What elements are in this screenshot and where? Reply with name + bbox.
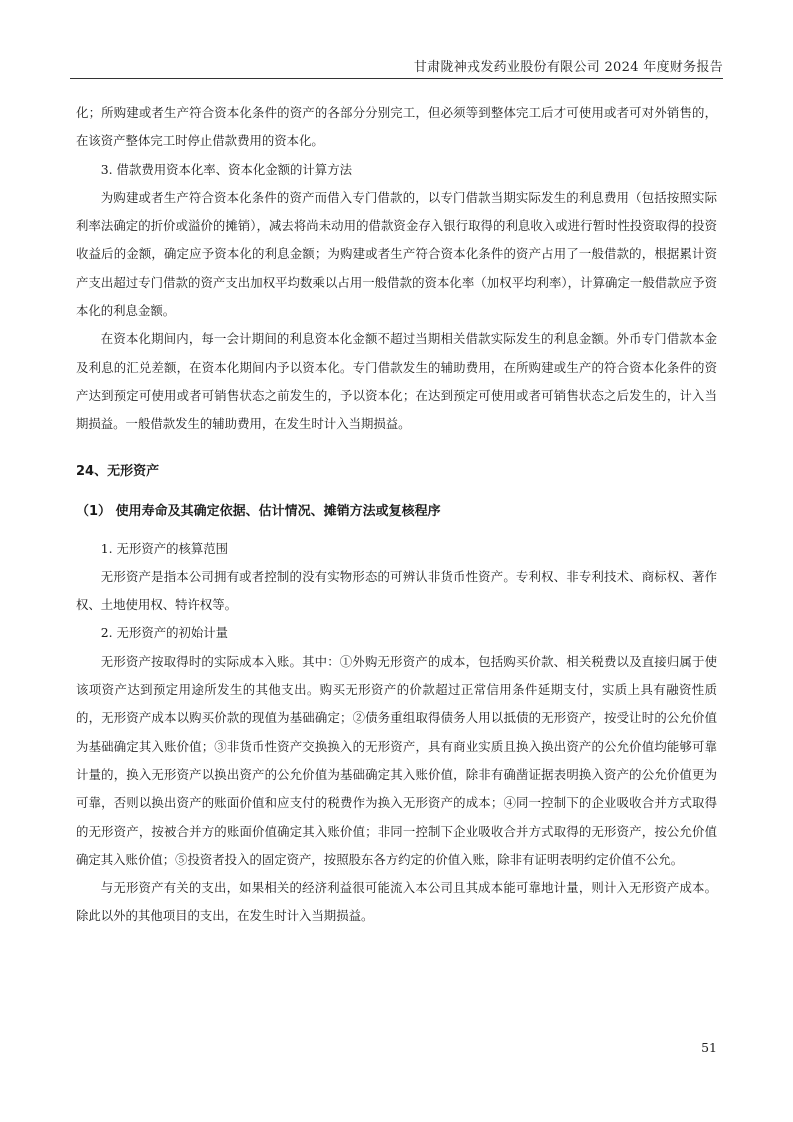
item-heading-initial-measurement: 2. 无形资产的初始计量 (76, 619, 717, 647)
section-heading-intangible-assets: 24、无形资产 (76, 457, 717, 487)
header-divider (70, 78, 723, 79)
paragraph-continuation: 化；所购建或者生产符合资本化条件的资产的各部分分别完工，但必须等到整体完工后才可… (76, 99, 717, 156)
report-header-title: 甘肃陇神戎发药业股份有限公司 2024 年度财务报告 (414, 56, 723, 75)
item-heading-scope: 1. 无形资产的核算范围 (76, 535, 717, 563)
document-body: 化；所购建或者生产符合资本化条件的资产的各部分分别完工，但必须等到整体完工后才可… (76, 99, 717, 931)
subheading-3: 3. 借款费用资本化率、资本化金额的计算方法 (76, 156, 717, 184)
paragraph-initial-measurement: 无形资产按取得时的实际成本入账。其中：①外购无形资产的成本，包括购买价款、相关税… (76, 648, 717, 874)
paragraph-calculation: 为购建或者生产符合资本化条件的资产而借入专门借款的，以专门借款当期实际发生的利息… (76, 184, 717, 325)
subsection-heading-useful-life: （1） 使用寿命及其确定依据、估计情况、摊销方法或复核程序 (76, 497, 717, 527)
paragraph-related-expenses: 与无形资产有关的支出，如果相关的经济利益很可能流入本公司且其成本能可靠地计量，则… (76, 874, 717, 931)
paragraph-scope: 无形资产是指本公司拥有或者控制的没有实物形态的可辨认非货币性资产。专利权、非专利… (76, 563, 717, 620)
paragraph-capitalization-period: 在资本化期间内，每一会计期间的利息资本化金额不超过当期相关借款实际发生的利息金额… (76, 325, 717, 438)
page-number: 51 (701, 1040, 717, 1055)
